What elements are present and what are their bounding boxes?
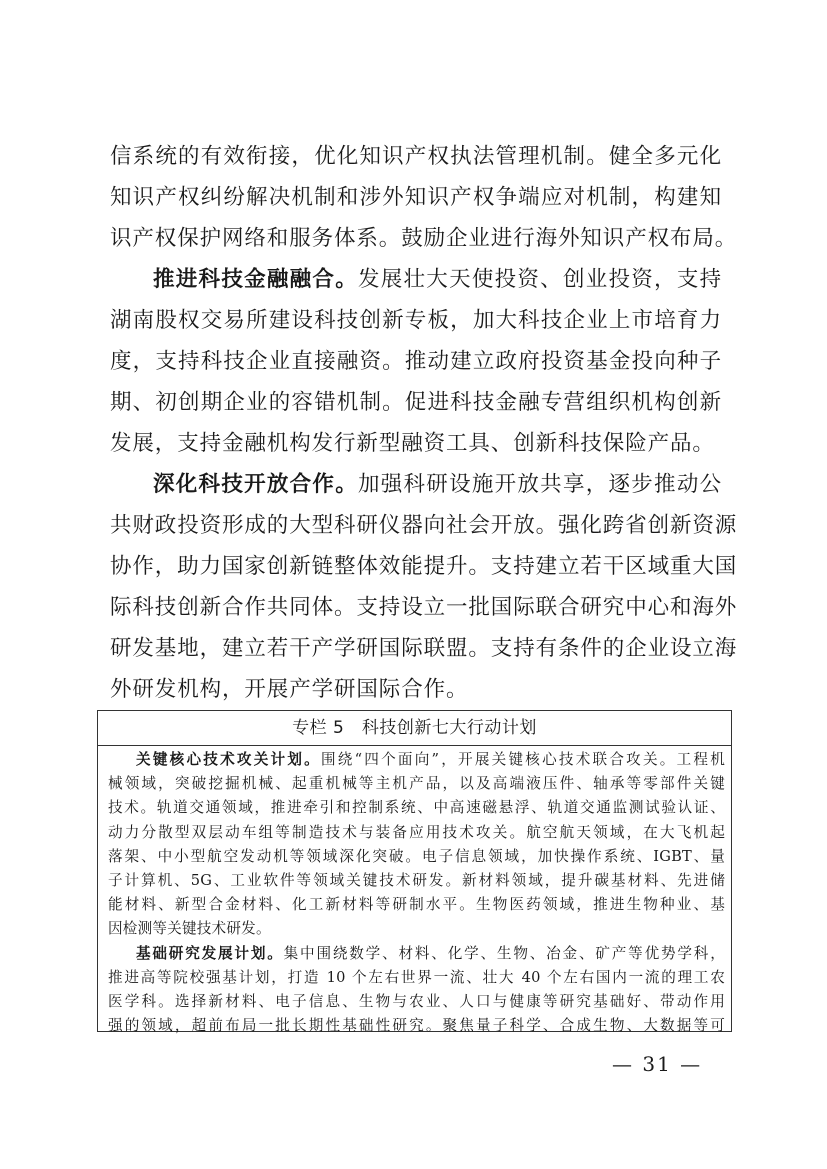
box-section-heading: 关键核心技术攻关计划。	[136, 751, 321, 768]
box-line: 技术。轨道交通领域，推进牵引和控制系统、中高速磁悬浮、轨道交通监测试验认证、	[108, 796, 725, 820]
box-line: 推进高等院校强基计划，打造 10 个左右世界一流、壮大 40 个左右国内一流的理…	[108, 966, 725, 990]
text-line: 研发基地，建立若干产学研国际联盟。支持有条件的企业设立海	[110, 628, 722, 669]
text-run: 集中围绕数学、材料、化学、生物、冶金、矿产等优势学科，	[284, 945, 725, 962]
box-line: 动力分散型双层动车组等制造技术与装备应用技术攻关。航空航天领域，在大飞机起	[108, 821, 725, 845]
box-line: 落架、中小型航空发动机等领域深化突破。电子信息领域，加快操作系统、IGBT、量	[108, 845, 725, 869]
box-line-first: 基础研究发展计划。集中围绕数学、材料、化学、生物、冶金、矿产等优势学科，	[108, 942, 725, 966]
paragraph-heading: 深化科技开放合作。	[153, 472, 358, 497]
box-line: 械领域，突破挖掘机械、起重机械等主机产品，以及高端液压件、轴承等零部件关键	[108, 772, 725, 796]
text-run: 加强科研设施开放共享，逐步推动公	[358, 472, 722, 497]
box-line: 能材料、新型合金材料、化工新材料等研制水平。生物医药领域，推进生物种业、基	[108, 893, 725, 917]
text-line-first: 深化科技开放合作。加强科研设施开放共享，逐步推动公	[110, 464, 722, 505]
text-line: 知识产权纠纷解决机制和涉外知识产权争端应对机制，构建知	[110, 177, 722, 218]
text-line: 外研发机构，开展产学研国际合作。	[110, 669, 722, 710]
text-run: 围绕“四个面向”，开展关键核心技术联合攻关。工程机	[321, 751, 725, 768]
box-line: 医学科。选择新材料、电子信息、生物与农业、人口与健康等研究基础好、带动作用	[108, 990, 725, 1014]
text-line: 期、初创期企业的容错机制。促进科技金融专营组织机构创新	[110, 382, 722, 423]
paragraph-tech-finance: 推进科技金融融合。发展壮大天使投资、创业投资，支持 湖南股权交易所建设科技创新专…	[110, 259, 722, 464]
paragraph-ip-protection: 信系统的有效衔接，优化知识产权执法管理机制。健全多元化 知识产权纠纷解决机制和涉…	[110, 136, 722, 259]
text-line: 际科技创新合作共同体。支持设立一批国际联合研究中心和海外	[110, 587, 722, 628]
text-line: 信系统的有效衔接，优化知识产权执法管理机制。健全多元化	[110, 136, 722, 177]
paragraph-open-cooperation: 深化科技开放合作。加强科研设施开放共享，逐步推动公 共财政投资形成的大型科研仪器…	[110, 464, 722, 710]
text-line: 度，支持科技企业直接融资。推动建立政府投资基金投向种子	[110, 341, 722, 382]
column-box-body: 关键核心技术攻关计划。围绕“四个面向”，开展关键核心技术联合攻关。工程机 械领域…	[98, 746, 731, 1038]
column-box-title: 专栏 5 科技创新七大行动计划	[98, 711, 731, 746]
column-box: 专栏 5 科技创新七大行动计划 关键核心技术攻关计划。围绕“四个面向”，开展关键…	[97, 710, 732, 1032]
text-run: 发展壮大天使投资、创业投资，支持	[358, 267, 722, 292]
text-line: 湖南股权交易所建设科技创新专板，加大科技企业上市培育力	[110, 300, 722, 341]
text-line: 识产权保护网络和服务体系。鼓励企业进行海外知识产权布局。	[110, 218, 722, 259]
box-line: 子计算机、5G、工业软件等领域关键技术研发。新材料领域，提升碳基材料、先进储	[108, 869, 725, 893]
box-section-heading: 基础研究发展计划。	[136, 945, 284, 962]
body-text: 信系统的有效衔接，优化知识产权执法管理机制。健全多元化 知识产权纠纷解决机制和涉…	[110, 136, 722, 710]
paragraph-heading: 推进科技金融融合。	[153, 267, 358, 292]
text-line: 共财政投资形成的大型科研仪器向社会开放。强化跨省创新资源	[110, 505, 722, 546]
box-line-first: 关键核心技术攻关计划。围绕“四个面向”，开展关键核心技术联合攻关。工程机	[108, 748, 725, 772]
text-line-first: 推进科技金融融合。发展壮大天使投资、创业投资，支持	[110, 259, 722, 300]
text-line: 发展，支持金融机构发行新型融资工具、创新科技保险产品。	[110, 423, 722, 464]
page-number: — 31 —	[612, 1052, 702, 1076]
text-line: 协作，助力国家创新链整体效能提升。支持建立若干区域重大国	[110, 546, 722, 587]
box-line: 因检测等关键技术研发。	[108, 917, 725, 941]
box-line: 强的领域，超前布局一批长期性基础性研究。聚焦量子科学、合成生物、大数据等可	[108, 1014, 725, 1038]
